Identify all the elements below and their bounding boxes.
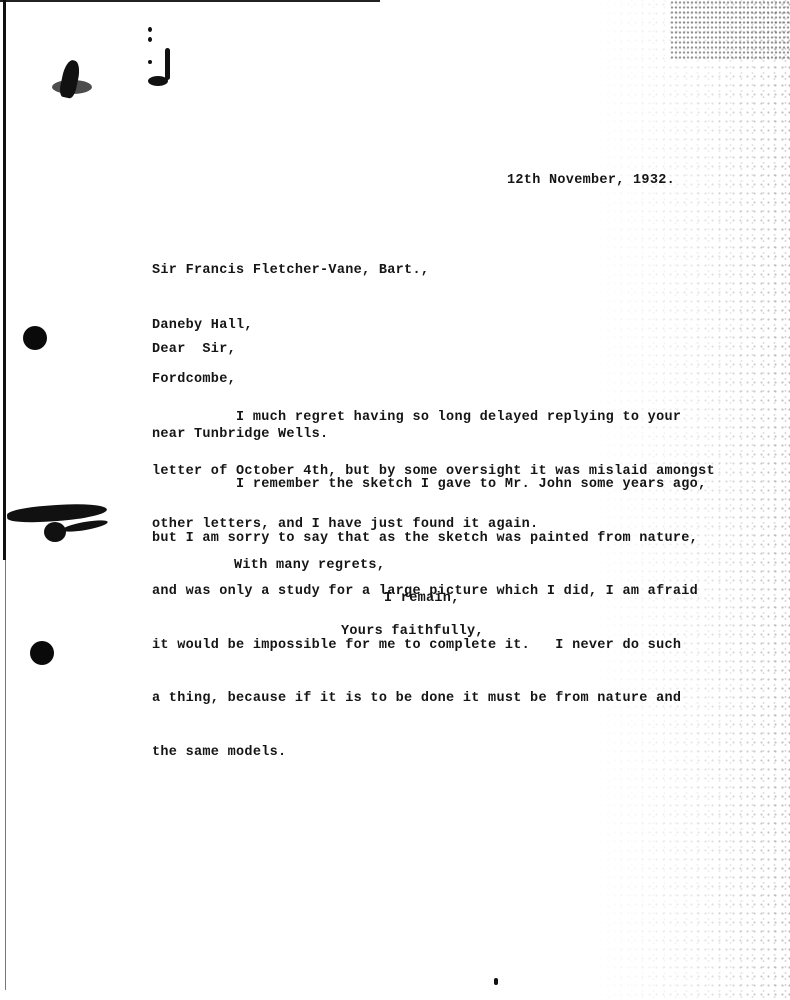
closing-remain: I remain, [384, 590, 460, 608]
address-line: Daneby Hall, [152, 317, 429, 336]
ink-blot [62, 518, 109, 534]
closing-signoff: Yours faithfully, [341, 623, 484, 641]
paragraph-line: but I am sorry to say that as the sketch… [152, 530, 707, 548]
salutation: Dear Sir, [152, 341, 236, 359]
punch-hole [30, 641, 54, 665]
ink-mark [148, 60, 152, 64]
scan-top-edge [0, 0, 380, 2]
ink-mark [165, 48, 170, 80]
punch-hole [23, 326, 47, 350]
scan-left-edge-thin [5, 560, 6, 990]
paragraph-line: the same models. [152, 744, 707, 762]
letter-date: 12th November, 1932. [507, 172, 675, 190]
ink-smudge [52, 80, 92, 94]
letter-page: 12th November, 1932. Sir Francis Fletche… [0, 0, 790, 1000]
address-line: Sir Francis Fletcher-Vane, Bart., [152, 262, 429, 281]
paragraph-line: I much regret having so long delayed rep… [152, 409, 715, 427]
paragraph-line: a thing, because if it is to be done it … [152, 690, 707, 708]
paragraph-line: I remember the sketch I gave to Mr. John… [152, 476, 707, 494]
scan-left-edge [3, 0, 6, 560]
ink-mark [148, 27, 152, 32]
scan-noise-corner [670, 0, 790, 60]
closing-regrets: With many regrets, [234, 557, 385, 575]
ink-mark [148, 37, 152, 42]
ink-mark [148, 76, 168, 86]
body-paragraph: I remember the sketch I gave to Mr. John… [152, 440, 707, 797]
ink-blot [44, 522, 66, 542]
ink-mark [494, 978, 498, 985]
